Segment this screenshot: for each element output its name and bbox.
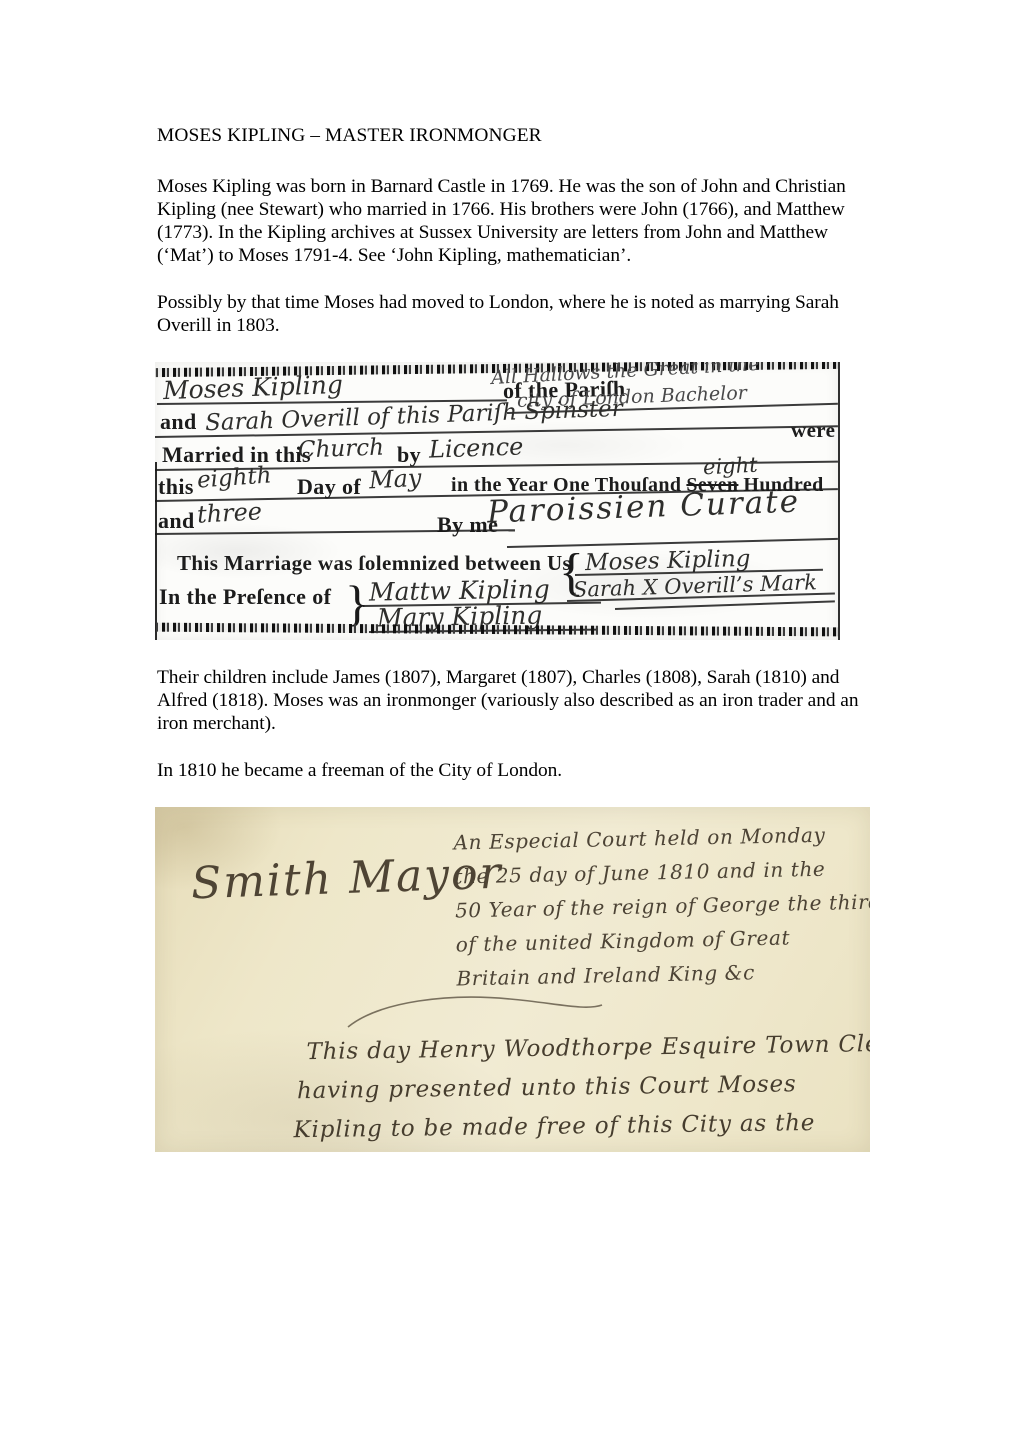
day-entry: eighth xyxy=(196,462,272,493)
ruled-line xyxy=(615,600,835,609)
month-entry: May xyxy=(368,464,422,495)
paragraph-birth-family: Moses Kipling was born in Barnard Castle… xyxy=(157,175,875,267)
freeman-body-block: This day Henry Woodthorpe Esquire Town C… xyxy=(292,1025,870,1151)
and-label: and xyxy=(160,409,197,435)
and-label-2: and xyxy=(158,508,195,534)
licence-entry: Licence xyxy=(429,432,524,463)
freeman-body-line: Kipling to be made free of this City as … xyxy=(293,1103,870,1151)
church-entry: Church xyxy=(298,435,385,464)
this-label: this xyxy=(158,474,194,500)
paragraph-freeman: In 1810 he became a freeman of the City … xyxy=(157,759,875,782)
marriage-register-scan: Moses Kipling of the Pariſh All Hallows … xyxy=(155,362,840,640)
paragraph-move-to-london: Possibly by that time Moses had moved to… xyxy=(157,291,875,337)
year-correction-entry: eight xyxy=(702,453,758,480)
freeman-record-scan: Smith Mayor An Especial Court held on Mo… xyxy=(155,807,870,1152)
year-entry: three xyxy=(196,497,262,528)
document-title: MOSES KIPLING – MASTER IRONMONGER xyxy=(157,124,875,147)
were-label: were xyxy=(791,418,835,443)
ruled-line xyxy=(507,538,838,548)
document-page: MOSES KIPLING – MASTER IRONMONGER Moses … xyxy=(0,0,1020,1443)
presence-label: In the Preſence of xyxy=(159,584,331,610)
register-left-rule xyxy=(155,462,157,640)
court-heading-block: An Especial Court held on Monday the 25 … xyxy=(453,817,870,996)
solemnized-label: This Marriage was ſolemnized between Us xyxy=(177,551,571,576)
groom-name-entry: Moses Kipling xyxy=(163,370,344,405)
paragraph-children: Their children include James (1807), Mar… xyxy=(157,666,875,735)
ornament-border-bottom xyxy=(155,623,840,637)
pen-flourish xyxy=(340,991,610,1031)
